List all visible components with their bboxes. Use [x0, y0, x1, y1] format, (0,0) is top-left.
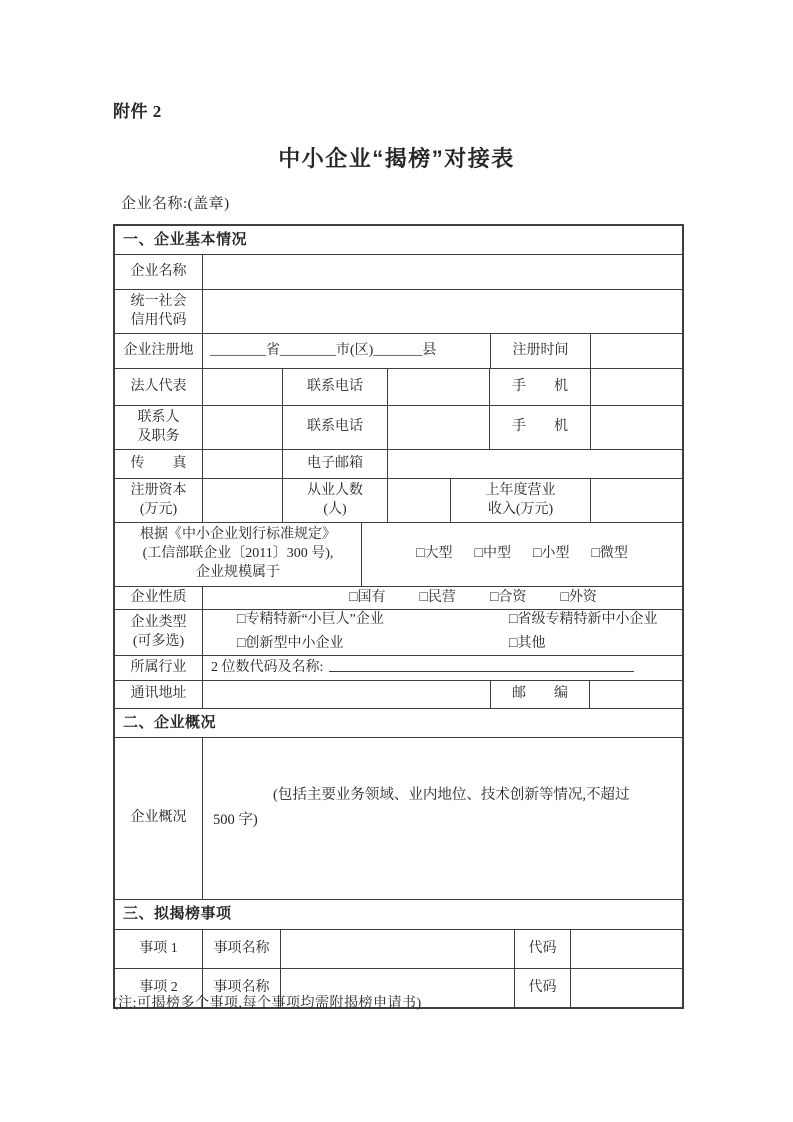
industry-prompt: 2 位数代码及名称:: [211, 659, 323, 678]
scale-row: 根据《中小企业划行标准规定》 (工信部联企业〔2011〕300 号), 企业规模…: [115, 523, 682, 587]
capital-label: 注册资本 (万元): [115, 479, 203, 522]
register-place-label: 企业注册地: [115, 334, 203, 368]
type-label: 企业类型 (可多选): [115, 610, 203, 655]
legal-mobile-field[interactable]: [591, 369, 682, 405]
item1-name-label: 事项名称: [203, 930, 281, 968]
capital-row: 注册资本 (万元) 从业人数 (人) 上年度营业 收入(万元): [115, 479, 682, 523]
item2-code-label: 代码: [515, 969, 571, 1007]
company-name-label: 企业名称: [115, 255, 203, 289]
register-place-field[interactable]: ________省________市(区)_______县: [203, 334, 491, 368]
checkbox-foreign[interactable]: □外资: [560, 589, 596, 608]
contact-row: 联系人 及职务 联系电话 手 机: [115, 406, 682, 450]
section2-header-row: 二、企业概况: [115, 709, 682, 738]
overview-label: 企业概况: [115, 738, 203, 899]
credit-code-row: 统一社会 信用代码: [115, 290, 682, 334]
employees-field[interactable]: [388, 479, 451, 522]
checkbox-other[interactable]: □其他: [509, 635, 545, 654]
address-label: 通讯地址: [115, 681, 203, 708]
address-row: 通讯地址 邮 编: [115, 681, 682, 709]
contact-mobile-label: 手 机: [490, 406, 591, 449]
item1-name-field[interactable]: [281, 930, 515, 968]
form-table: 一、企业基本情况 企业名称 统一社会 信用代码 企业注册地 ________省_…: [113, 224, 684, 1009]
checkbox-provincial-srdi[interactable]: □省级专精特新中小企业: [509, 611, 657, 630]
document-page: 附件 2 中小企业“揭榜”对接表 企业名称:(盖章) 一、企业基本情况 企业名称…: [0, 0, 793, 1122]
credit-code-label: 统一社会 信用代码: [115, 290, 203, 333]
contact-label: 联系人 及职务: [115, 406, 203, 449]
overview-field[interactable]: (包括主要业务领域、业内地位、技术创新等情况,不超过 500 字): [203, 738, 682, 899]
legal-phone-field[interactable]: [388, 369, 490, 405]
legal-rep-label: 法人代表: [115, 369, 203, 405]
register-place-blanks: ________省________市(区)_______县: [210, 342, 436, 361]
legal-mobile-label: 手 机: [490, 369, 591, 405]
checkbox-medium-enterprise[interactable]: □中型: [475, 545, 511, 564]
item2-code-field[interactable]: [571, 969, 682, 1007]
contact-field[interactable]: [203, 406, 283, 449]
legal-rep-field[interactable]: [203, 369, 283, 405]
checkbox-innovative-sme[interactable]: □创新型中小企业: [237, 635, 509, 654]
contact-mobile-field[interactable]: [591, 406, 682, 449]
register-time-field[interactable]: [591, 334, 682, 368]
section1-header-row: 一、企业基本情况: [115, 226, 682, 255]
overview-row: 企业概况 (包括主要业务领域、业内地位、技术创新等情况,不超过 500 字): [115, 738, 682, 900]
revenue-field[interactable]: [591, 479, 682, 522]
type-row: 企业类型 (可多选) □专精特新“小巨人”企业 □省级专精特新中小企业 □创新型…: [115, 610, 682, 656]
type-options-line2: □创新型中小企业 □其他: [237, 635, 679, 654]
employees-label: 从业人数 (人): [283, 479, 388, 522]
register-time-label: 注册时间: [491, 334, 591, 368]
register-place-row: 企业注册地 ________省________市(区)_______县 注册时间: [115, 334, 682, 369]
section1-header: 一、企业基本情况: [115, 226, 682, 254]
company-seal-line: 企业名称:(盖章): [121, 192, 230, 213]
type-options: □专精特新“小巨人”企业 □省级专精特新中小企业 □创新型中小企业 □其他: [203, 610, 682, 655]
industry-label: 所属行业: [115, 656, 203, 680]
attachment-label: 附件 2: [113, 97, 162, 122]
section3-header: 三、拟揭榜事项: [115, 900, 682, 929]
checkbox-little-giant[interactable]: □专精特新“小巨人”企业: [237, 611, 509, 630]
nature-label: 企业性质: [115, 587, 203, 609]
email-field[interactable]: [388, 450, 682, 478]
address-field[interactable]: [203, 681, 491, 708]
fax-row: 传 真 电子邮箱: [115, 450, 682, 479]
item1-code-field[interactable]: [571, 930, 682, 968]
scale-intro: 根据《中小企业划行标准规定》 (工信部联企业〔2011〕300 号), 企业规模…: [115, 523, 362, 586]
legal-rep-row: 法人代表 联系电话 手 机: [115, 369, 682, 406]
industry-row: 所属行业 2 位数代码及名称:: [115, 656, 682, 681]
note-line: (注:可揭榜多个事项,每个事项均需附揭榜申请书): [113, 992, 422, 1012]
contact-phone-label: 联系电话: [283, 406, 388, 449]
type-options-line1: □专精特新“小巨人”企业 □省级专精特新中小企业: [237, 611, 679, 630]
postcode-field[interactable]: [590, 681, 682, 708]
checkbox-micro-enterprise[interactable]: □微型: [591, 545, 627, 564]
capital-field[interactable]: [203, 479, 283, 522]
credit-code-field[interactable]: [203, 290, 682, 333]
item1-code-label: 代码: [515, 930, 571, 968]
fax-field[interactable]: [203, 450, 283, 478]
section3-header-row: 三、拟揭榜事项: [115, 900, 682, 930]
page-title: 中小企业“揭榜”对接表: [0, 142, 793, 173]
item1-label: 事项 1: [115, 930, 203, 968]
postcode-label: 邮 编: [491, 681, 590, 708]
fax-label: 传 真: [115, 450, 203, 478]
company-name-row: 企业名称: [115, 255, 682, 290]
checkbox-large-enterprise[interactable]: □大型: [416, 545, 452, 564]
company-name-field[interactable]: [203, 255, 682, 289]
contact-phone-field[interactable]: [388, 406, 490, 449]
section2-header: 二、企业概况: [115, 709, 682, 737]
legal-phone-label: 联系电话: [283, 369, 388, 405]
nature-options: □国有 □民营 □合资 □外资: [203, 587, 682, 609]
checkbox-private[interactable]: □民营: [419, 589, 455, 608]
nature-row: 企业性质 □国有 □民营 □合资 □外资: [115, 587, 682, 610]
item1-row: 事项 1 事项名称 代码: [115, 930, 682, 969]
checkbox-small-enterprise[interactable]: □小型: [533, 545, 569, 564]
checkbox-joint-venture[interactable]: □合资: [490, 589, 526, 608]
scale-options: □大型 □中型 □小型 □微型: [362, 523, 682, 586]
checkbox-state-owned[interactable]: □国有: [349, 589, 385, 608]
industry-blank-line[interactable]: [329, 670, 634, 672]
revenue-label: 上年度营业 收入(万元): [451, 479, 591, 522]
email-label: 电子邮箱: [283, 450, 388, 478]
industry-field[interactable]: 2 位数代码及名称:: [203, 656, 682, 680]
